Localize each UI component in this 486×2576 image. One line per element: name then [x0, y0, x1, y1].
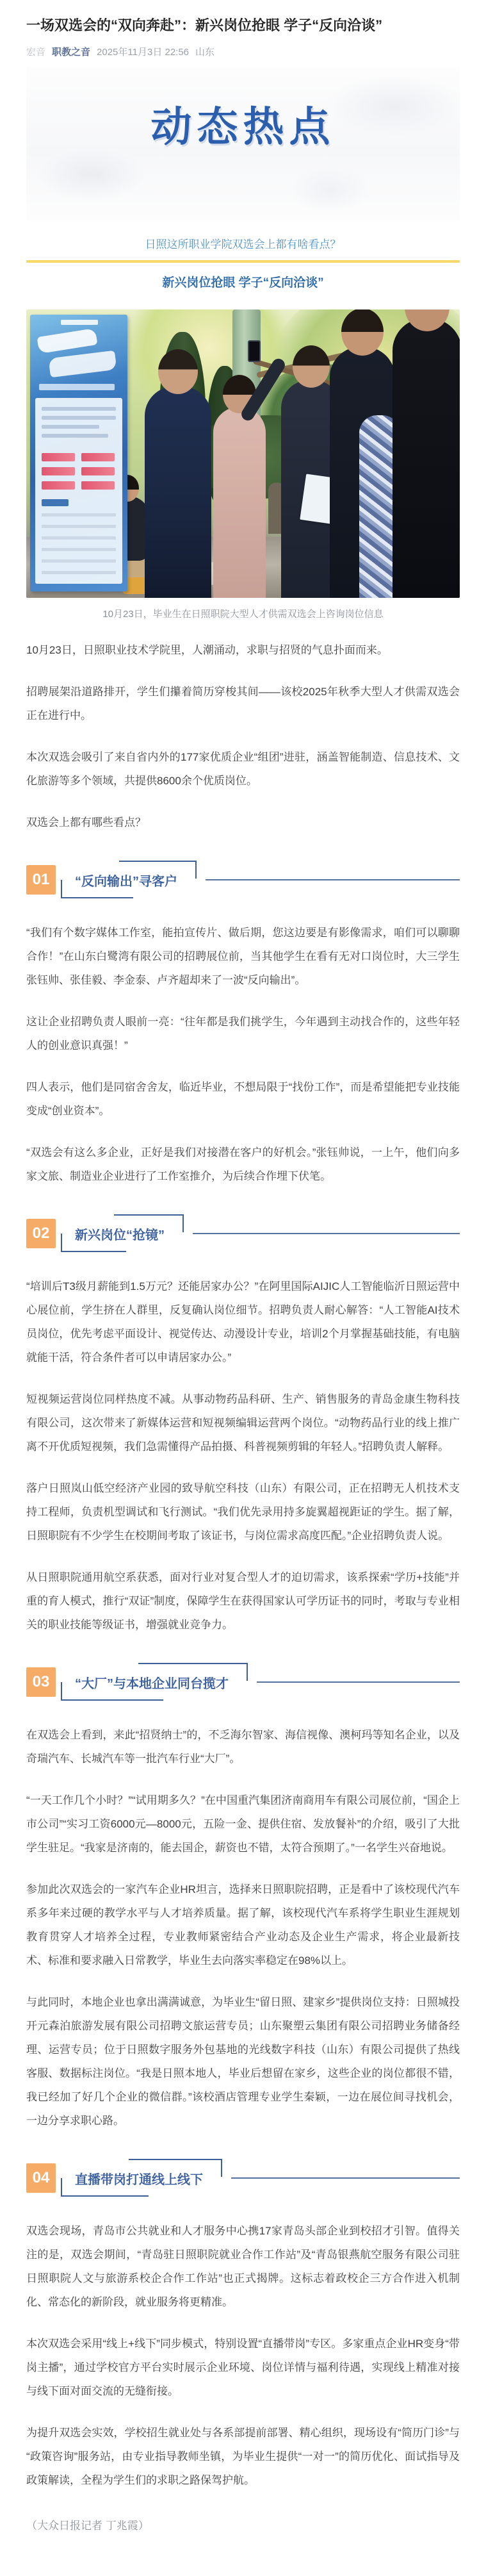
banner-highlight-chip: [42, 467, 75, 475]
banner-table-lines: [42, 513, 116, 575]
sections: 01“反向输出”寻客户“我们有个数字媒体工作室，能拍宣传片、做后期，您这边要是有…: [26, 865, 460, 2492]
banner-highlight-chip: [42, 481, 75, 490]
photo-rollup-banner: [30, 315, 127, 591]
body-paragraph: 10月23日，日照职业技术学院里，人潮涌动，求职与招贤的气息扑面而来。: [26, 638, 460, 662]
body-paragraph: “一天工作几个小时？”“试用期多久？”在中国重汽集团济南商用车有限公司展位前，“…: [26, 1788, 460, 1860]
photo-man-center: [145, 386, 211, 598]
hero-banner-text: 动态热点: [26, 94, 460, 153]
body-paragraph: 短视频运营岗位同样热度不减。从事动物药品科研、生产、销售服务的青岛金康生物科技有…: [26, 1387, 460, 1458]
banner-calligraphy: [49, 351, 117, 377]
banner-subtitle-bar: [39, 384, 115, 390]
body-paragraph: 从日照职院通用航空系获悉，面对行业对复合型人才的迫切需求，该系探索“学历+技能”…: [26, 1565, 460, 1637]
body-paragraph: 双选会上都有哪些看点？: [26, 811, 460, 834]
body-paragraph: “培训后T3级月薪能到1.5万元？还能居家办公？”在阿里国际AIJIC人工智能临…: [26, 1275, 460, 1369]
banner-text-line: [42, 416, 116, 420]
job-fair-photo[interactable]: [26, 310, 460, 598]
intro-paragraphs: 10月23日，日照职业技术学院里，人潮涌动，求职与招贤的气息扑面而来。招聘展架沿…: [26, 638, 460, 834]
section-title: 新兴岗位“抢镜”: [75, 1228, 165, 1243]
photo-head: [293, 345, 330, 388]
section-title-frame: “大厂”与本地企业同台揽才: [66, 1667, 240, 1697]
article-page: 一场双选会的“双向奔赴”：新兴岗位抢眼 学子“反向洽谈” 宏音 职教之音 202…: [0, 0, 486, 2576]
section-header: 02新兴岗位“抢镜”: [26, 1219, 460, 1249]
section-rule: [193, 1233, 460, 1234]
body-paragraph: 双选会现场，青岛市公共就业和人才服务中心携17家青岛头部企业到校招才引智。值得关…: [26, 2219, 460, 2314]
section-number: 02: [26, 1219, 56, 1248]
body-paragraph: “双选会有这么多企业，正好是我们对接潜在客户的好机会。”张钰帅说，一上午，他们向…: [26, 1141, 460, 1188]
lead-question: 日照这所职业学院双选会上都有啥看点？: [26, 235, 460, 251]
signoff: （大众日报记者 丁兆霞）: [26, 2514, 460, 2538]
publish-datetime: 2025年11月3日 22:56: [97, 45, 189, 58]
photo-caption: 10月23日，毕业生在日照职院大型人才供需双选会上咨询岗位信息: [26, 607, 460, 620]
lead-subhead: 新兴岗位抢眼 学子“反向洽谈”: [26, 273, 460, 290]
account-link[interactable]: 职教之音: [52, 45, 90, 58]
banner-calligraphy: [37, 328, 98, 354]
publish-location: 山东: [195, 45, 215, 58]
photo-head: [341, 310, 384, 356]
photo-student-foreground: [393, 318, 460, 598]
photo-head: [158, 349, 198, 394]
author-name: 宏音: [26, 45, 45, 58]
banner-text-panel: [35, 398, 122, 584]
section-rule: [257, 1681, 460, 1683]
banner-highlight-chip: [81, 481, 115, 490]
section-rule: [231, 2177, 460, 2179]
banner-section-chip: [42, 499, 69, 506]
body-paragraph: 在双选会上看到，来此“招贤纳士”的，不乏海尔智家、海信视像、澳柯玛等知名企业，以…: [26, 1723, 460, 1771]
body-paragraph: “我们有个数字媒体工作室，能拍宣传片、做后期，您这边要是有影像需求，咱们可以聊聊…: [26, 921, 460, 992]
hero-banner-image[interactable]: 动态热点: [26, 67, 460, 221]
banner-highlight-chip: [42, 453, 75, 461]
body-paragraph: 为提升双选会实效，学校招生就业处与各系部提前部署、精心组织，现场设有“简历门诊”…: [26, 2421, 460, 2492]
banner-highlight-chip: [81, 453, 115, 461]
section-number: 04: [26, 2163, 56, 2193]
body-paragraph: 与此同时，本地企业也拿出满满诚意，为毕业生“留日照、建家乡”提供岗位支持：日照城…: [26, 1990, 460, 2133]
body-paragraph: 四人表示，他们是同宿舍舍友，临近毕业，不想局限于“找份工作”，而是希望能把专业技…: [26, 1075, 460, 1123]
body-paragraph: 落户日照岚山低空经济产业园的致导航空科技（山东）有限公司，正在招聘无人机技术支持…: [26, 1476, 460, 1548]
photo-head: [405, 310, 450, 331]
section-header: 03“大厂”与本地企业同台揽才: [26, 1667, 460, 1697]
section-title-frame: “反向输出”寻客户: [66, 865, 189, 895]
photo-woman-pink: [213, 407, 266, 598]
section-number: 03: [26, 1667, 56, 1697]
body-paragraph: 这让企业招聘负责人眼前一亮：“往年都是我们挑学生，今年遇到主动找合作的，这些年轻…: [26, 1010, 460, 1057]
body-paragraph: 参加此次双选会的一家汽车企业HR坦言，选择来日照职院招聘，正是看中了该校现代汽车…: [26, 1878, 460, 1972]
photo-phone: [248, 340, 261, 362]
banner-text-line: [42, 425, 99, 429]
banner-text-line: [42, 434, 108, 438]
banner-text-line: [42, 407, 116, 411]
banner-logo-mark: [61, 320, 98, 325]
body-paragraph: 本次双选会吸引了来自省内外的177家优质企业“组团”进驻，涵盖智能制造、信息技术…: [26, 745, 460, 793]
byline: 宏音 职教之音 2025年11月3日 22:56 山东: [26, 45, 460, 58]
section-title-frame: 新兴岗位“抢镜”: [66, 1219, 176, 1249]
section-title: 直播带岗打通线上线下: [75, 2173, 203, 2187]
banner-highlight-chip: [81, 467, 115, 475]
section-title: “大厂”与本地企业同台揽才: [75, 1677, 229, 1691]
article-title: 一场双选会的“双向奔赴”：新兴岗位抢眼 学子“反向洽谈”: [26, 15, 460, 36]
body-paragraph: 本次双选会采用“线上+线下”同步模式，特别设置“直播带岗”专区。多家重点企业HR…: [26, 2332, 460, 2403]
section-title: “反向输出”寻客户: [75, 875, 177, 889]
yellow-divider: [26, 260, 460, 263]
section-title-frame: 直播带岗打通线上线下: [66, 2163, 215, 2193]
section-number: 01: [26, 865, 56, 895]
section-rule: [206, 879, 460, 880]
section-header: 04直播带岗打通线上线下: [26, 2163, 460, 2193]
body-paragraph: 招聘展架沿道路排开，学生们攥着简历穿梭其间——该校2025年秋季大型人才供需双选…: [26, 680, 460, 727]
section-header: 01“反向输出”寻客户: [26, 865, 460, 895]
